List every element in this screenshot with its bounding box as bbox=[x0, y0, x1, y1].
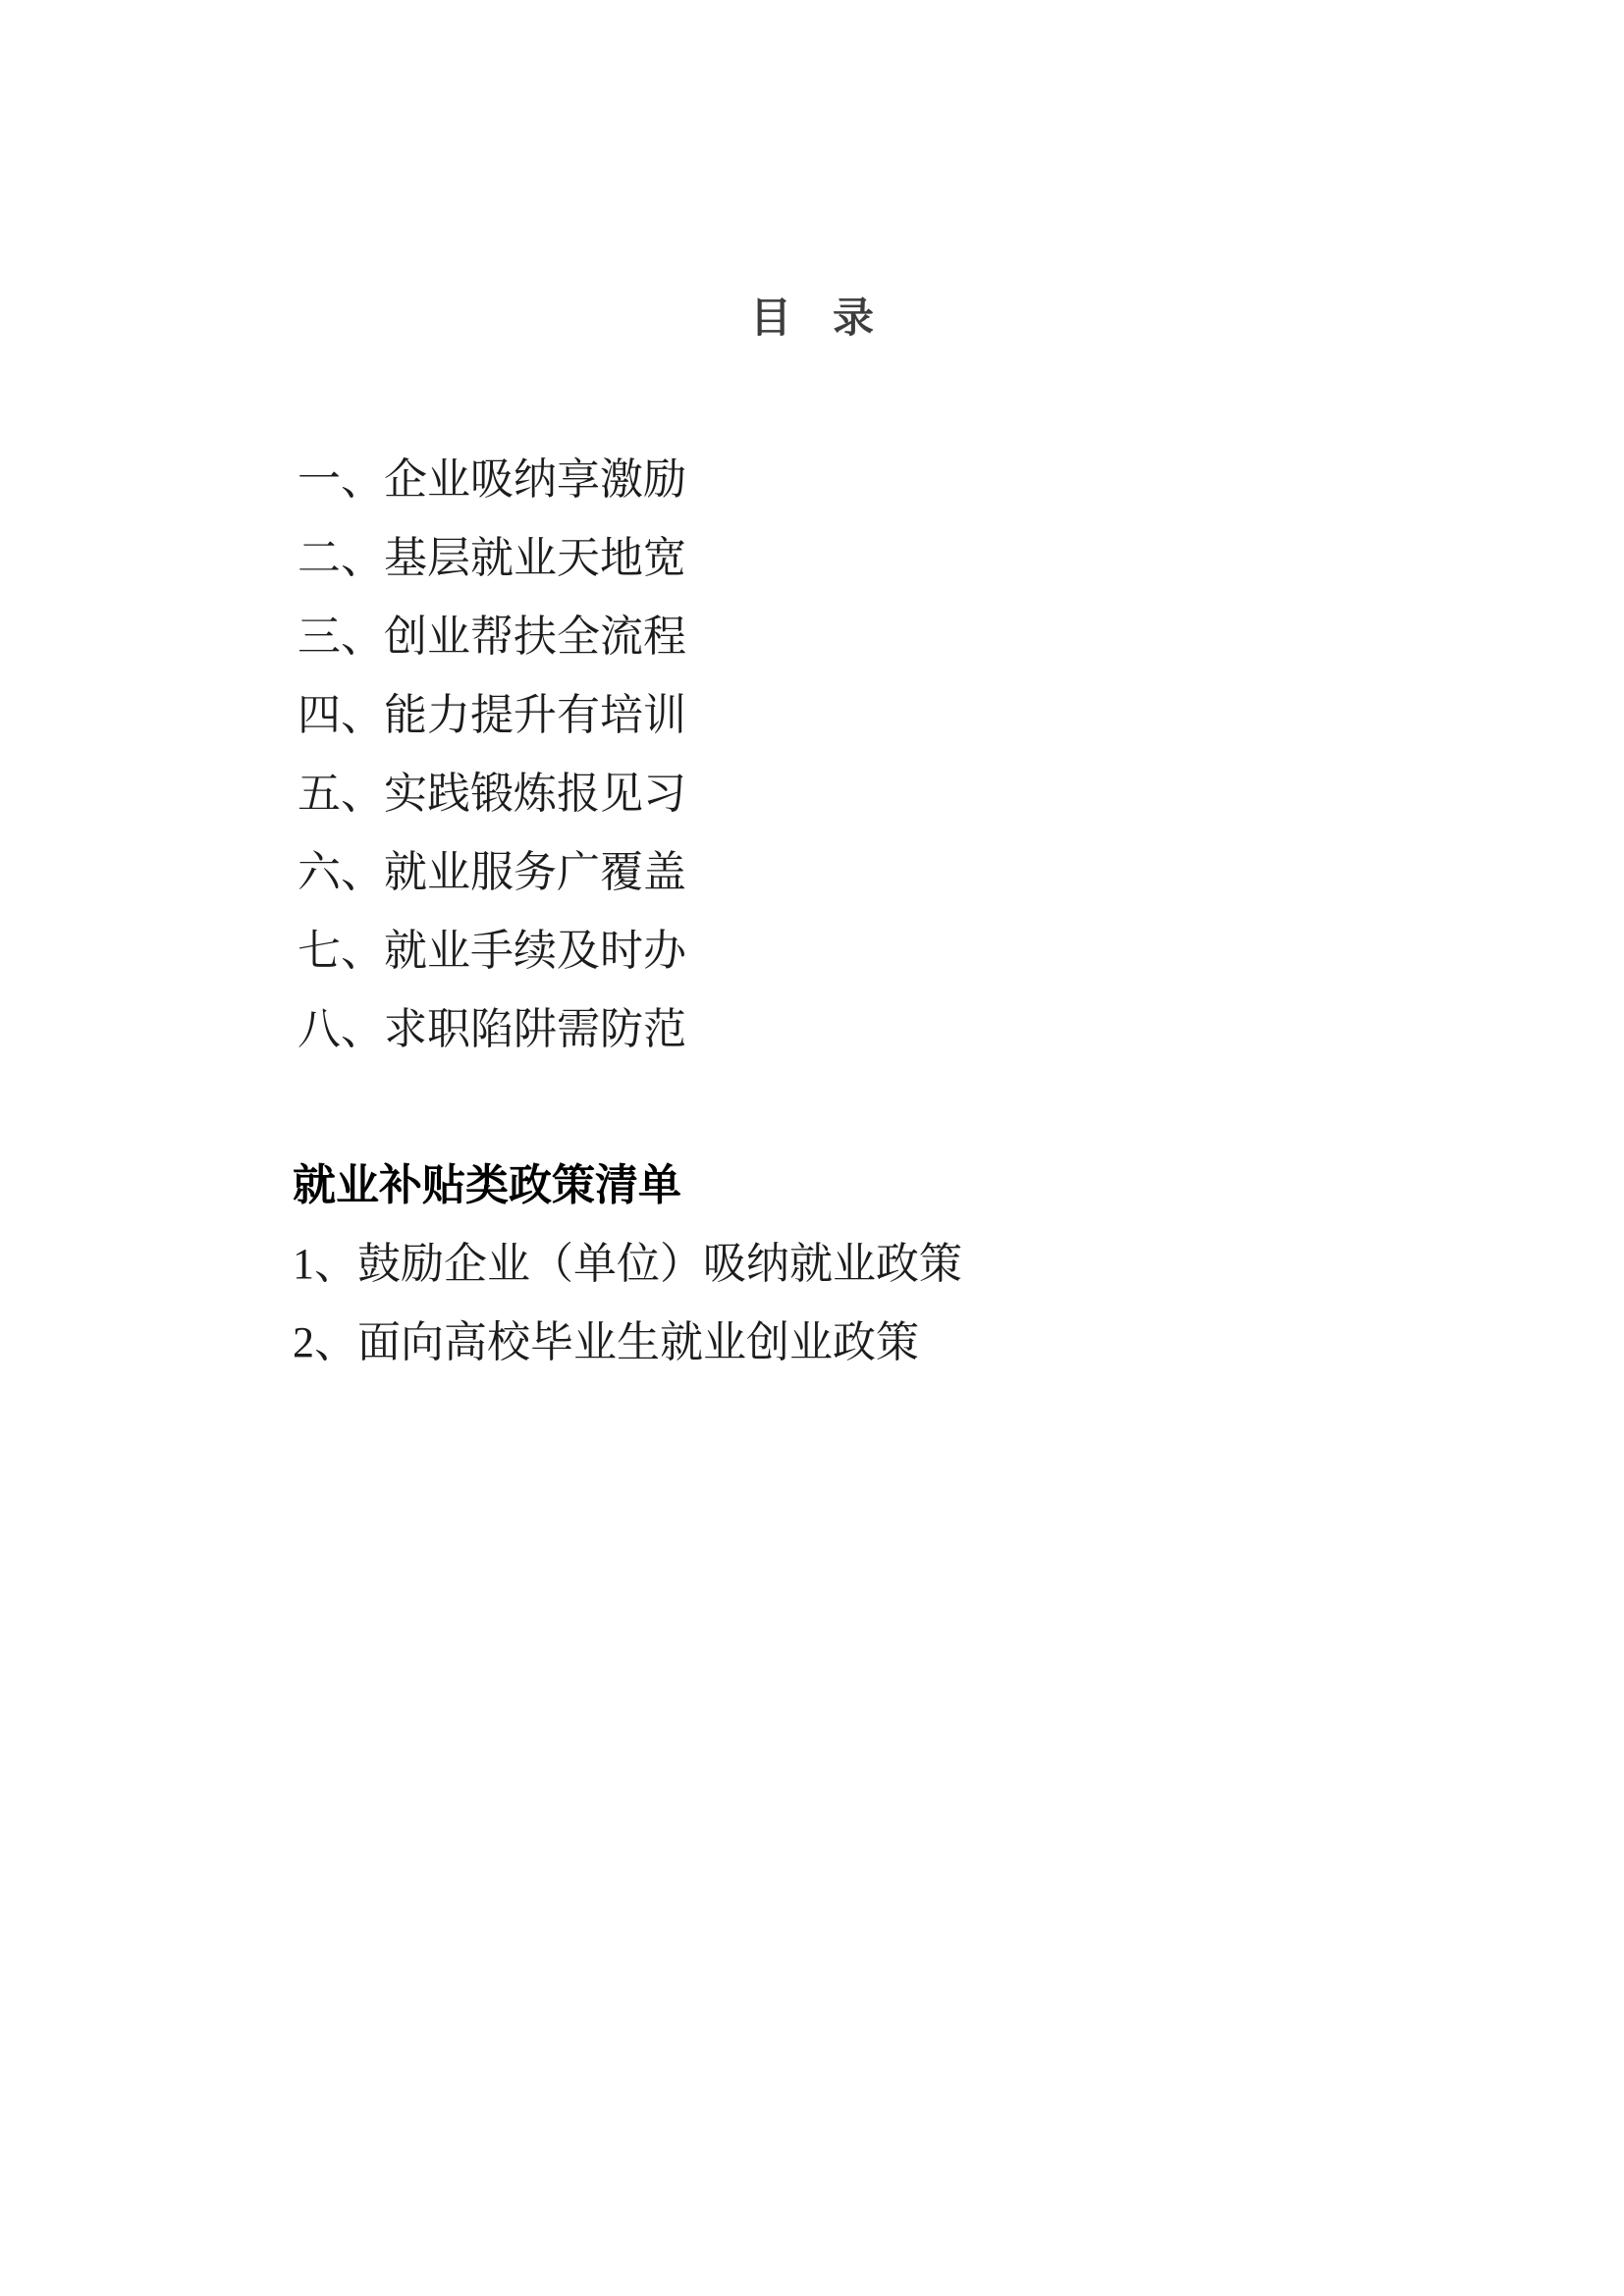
toc-item-1: 一、企业吸纳享激励 bbox=[298, 441, 686, 519]
toc-item-4: 四、能力提升有培训 bbox=[298, 676, 686, 755]
toc-item-8: 八、求职陷阱需防范 bbox=[298, 990, 686, 1069]
toc-item-3: 三、创业帮扶全流程 bbox=[298, 598, 686, 676]
policy-item-2: 2、面向高校毕业生就业创业政策 bbox=[293, 1304, 962, 1382]
toc-item-6: 六、就业服务广覆盖 bbox=[298, 833, 686, 912]
page-title: 目 录 bbox=[0, 294, 1624, 342]
policy-list-section: 就业补贴类政策清单 1、鼓励企业（单位）吸纳就业政策 2、面向高校毕业生就业创业… bbox=[293, 1147, 962, 1382]
toc-item-5: 五、实践锻炼报见习 bbox=[298, 755, 686, 833]
document-page: 目 录 一、企业吸纳享激励 二、基层就业天地宽 三、创业帮扶全流程 四、能力提升… bbox=[0, 0, 1624, 2296]
toc-item-2: 二、基层就业天地宽 bbox=[298, 519, 686, 598]
policy-list-heading: 就业补贴类政策清单 bbox=[293, 1147, 962, 1225]
toc-item-7: 七、就业手续及时办 bbox=[298, 912, 686, 990]
policy-item-1: 1、鼓励企业（单位）吸纳就业政策 bbox=[293, 1225, 962, 1304]
toc-list: 一、企业吸纳享激励 二、基层就业天地宽 三、创业帮扶全流程 四、能力提升有培训 … bbox=[298, 441, 686, 1069]
